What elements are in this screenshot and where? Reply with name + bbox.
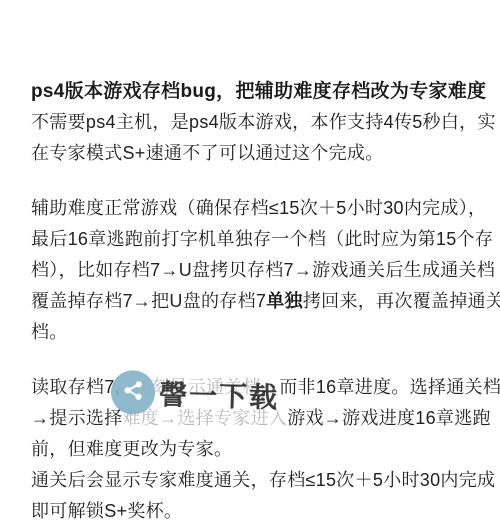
text-segment: 档。 (31, 322, 68, 342)
text-line: 覆盖掉存档7→把U盘的存档7单独拷回来，再次覆盖掉通关 (31, 286, 480, 317)
text-segment: 通关后会显示专家难度通关，存档≤15次＋5小时30内完成 (31, 470, 495, 490)
text-segment: 读取存档7， (31, 377, 133, 397)
text-segment: 拷回来，再次覆盖掉通关 (303, 291, 500, 311)
text-segment: 档），比如存档7→U盘拷贝存档7→游戏通关后生成通关档 (31, 260, 495, 280)
text-segment: 单独 (266, 291, 303, 311)
article-body: ps4版本游戏存档bug，把辅助难度存档改为专家难度不需要ps4主机，是ps4版… (31, 76, 480, 527)
article-title: ps4版本游戏存档bug，把辅助难度存档改为专家难度 (31, 76, 480, 107)
text-line: 通关后会显示专家难度通关，存档≤15次＋5小时30内完成 (31, 465, 480, 496)
text-line: 前，但难度更改为专家。 (31, 434, 480, 465)
text-segment: →提示选择 (31, 408, 123, 428)
text-segment: 在专家模式S+速通不了可以通过这个完成。 (31, 143, 384, 163)
text-line: 不需要ps4主机，是ps4版本游戏，本作支持4传5秒白，实 (31, 107, 480, 138)
text-line: 在专家模式S+速通不了可以通过这个完成。 (31, 138, 480, 169)
text-segment: 辅助难度正常游戏（确保存档≤15次＋5小时30内完成）， (31, 198, 486, 218)
text-segment: 游戏→游戏进度16章逃跑 (287, 408, 491, 428)
text-line: 档），比如存档7→U盘拷贝存档7→游戏通关后生成通关档 (31, 255, 480, 286)
text-segment: 即可解锁S+奖杯。 (31, 501, 182, 521)
text-segment: ps4版本游戏存档bug，把辅助难度存档改为专家难度 (31, 81, 486, 102)
text-line: 辅助难度正常游戏（确保存档≤15次＋5小时30内完成）， (31, 193, 480, 224)
text-segment: 不需要ps4主机，是ps4版本游戏，本作支持4传5秒白，实 (31, 112, 496, 132)
text-line: 最后16章逃跑前打字机单独存一个档（此时应为第15个存 (31, 224, 480, 255)
post-page: ps4版本游戏存档bug，把辅助难度存档改为专家难度不需要ps4主机，是ps4版… (0, 0, 500, 527)
text-segment: 覆盖掉存档7→把U盘的存档7 (31, 291, 266, 311)
text-segment: 最后16章逃跑前打字机单独存一个档（此时应为第15个存 (31, 229, 493, 249)
text-line: 即可解锁S+奖杯。 (31, 496, 480, 527)
text-segment: 此刻显示通关档 (133, 377, 261, 397)
text-segment: ，而非16章进度。选择通关档 (261, 377, 500, 397)
text-segment: 前，但难度更改为专家。 (31, 439, 232, 459)
text-segment: 难度→选择专家进入 (123, 408, 288, 428)
text-line: →提示选择难度→选择专家进入游戏→游戏进度16章逃跑 (31, 403, 480, 434)
text-line: 档。 (31, 317, 480, 348)
text-line: 读取存档7，此刻显示通关档，而非16章进度。选择通关档 (31, 372, 480, 403)
